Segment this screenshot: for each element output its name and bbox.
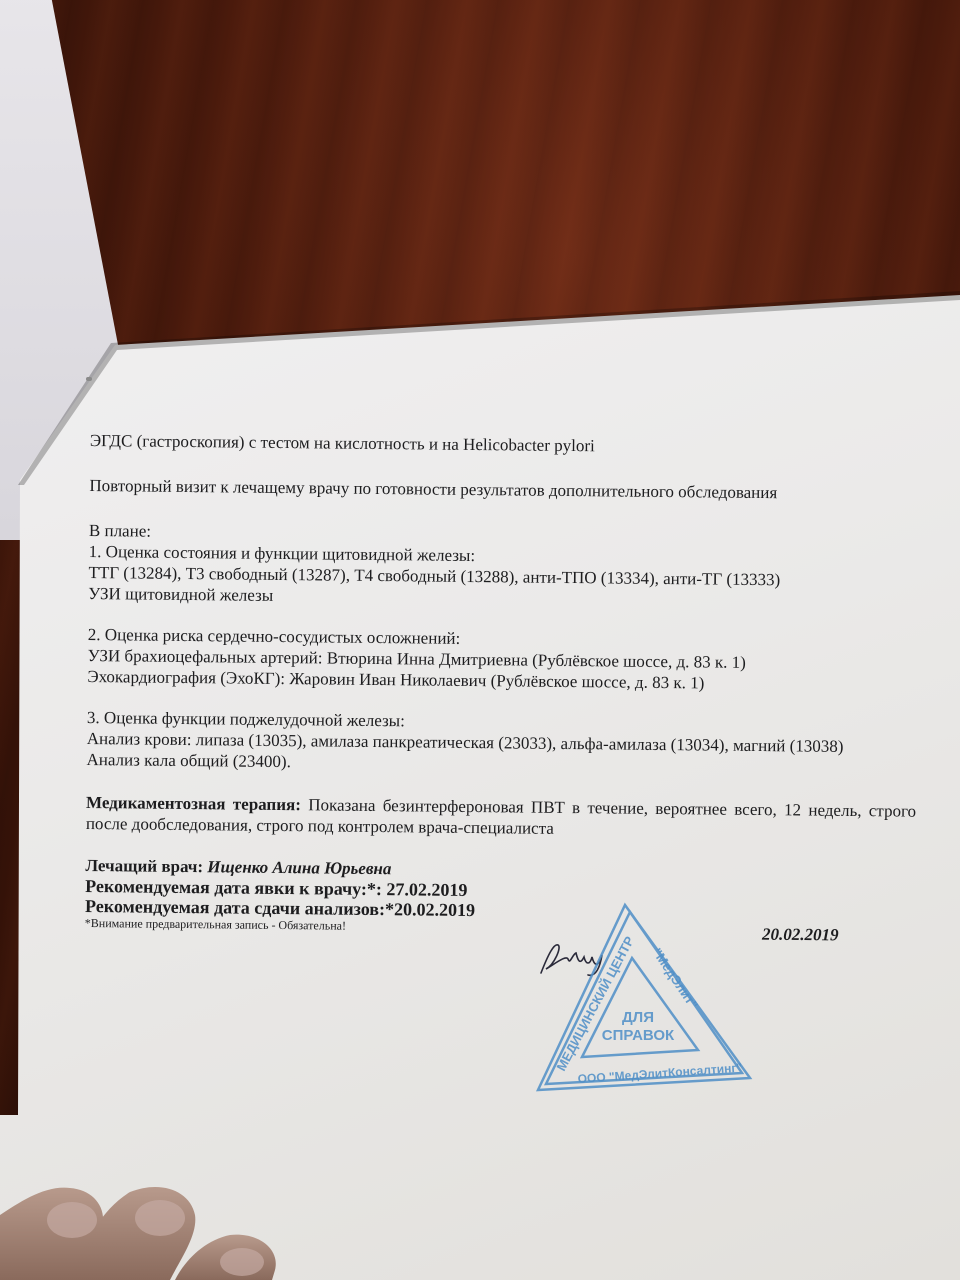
doctor-name: Ищенко Алина Юрьевна	[207, 857, 391, 878]
doctor-label: Лечащий врач:	[85, 856, 207, 876]
plan-section-pancreas: 3. Оценка функции поджелудочной железы: …	[86, 707, 917, 779]
stamp-outer-right-text: "МедЭлит"	[650, 945, 702, 1012]
therapy-label: Медикаментозная терапия:	[86, 793, 301, 814]
plan-section-cardio: 2. Оценка риска сердечно-сосудистых осло…	[87, 624, 918, 696]
stamp-outer-left-text: МЕДИЦИНСКИЙ ЦЕНТР	[553, 934, 637, 1074]
staple-icon	[86, 377, 92, 381]
fingers-photo-detail	[0, 1140, 300, 1280]
stamp-center-line2: СПРАВОК	[602, 1027, 675, 1044]
plan-section-thyroid: 1. Оценка состояния и функции щитовидной…	[88, 541, 919, 613]
therapy-paragraph: Медикаментозная терапия: Показана безинт…	[86, 792, 916, 843]
stamp-center-line1: ДЛЯ	[622, 1009, 654, 1026]
stamp: МЕДИЦИНСКИЙ ЦЕНТР "МедЭлит" ООО "МедЭлит…	[520, 900, 780, 1100]
document-body: ЭГДС (гастроскопия) с тестом на кислотно…	[85, 430, 920, 939]
revisit-line: Повторный визит к лечащему врачу по гото…	[89, 475, 919, 505]
